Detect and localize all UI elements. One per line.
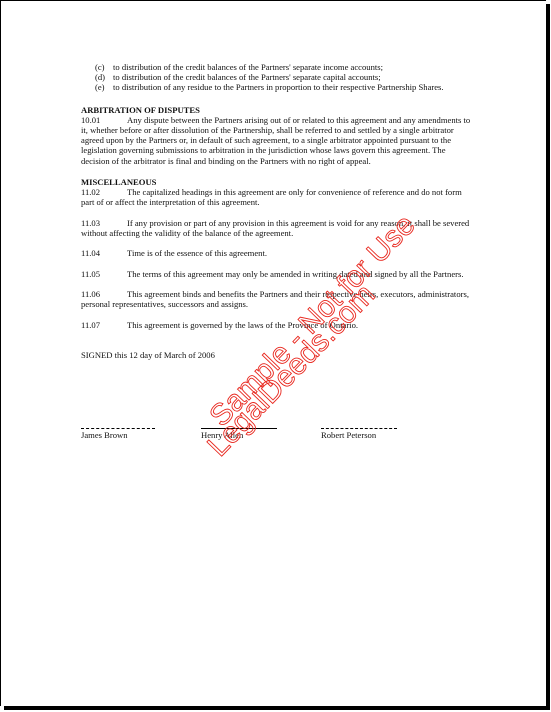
list-item-d: (d) to distribution of the credit balanc… bbox=[81, 72, 471, 82]
section-heading-miscellaneous: MISCELLANEOUS bbox=[81, 177, 471, 187]
document-body: (c) to distribution of the credit balanc… bbox=[81, 62, 471, 360]
clause-number: 11.04 bbox=[81, 248, 127, 258]
page-shadow-bottom bbox=[4, 706, 550, 710]
clause-number: 11.02 bbox=[81, 187, 127, 197]
clause-text: The terms of this agreement may only be … bbox=[127, 269, 464, 279]
clause-number: 11.07 bbox=[81, 320, 127, 330]
clause-11-02: 11.02The capitalized headings in this ag… bbox=[81, 187, 471, 207]
clause-11-04: 11.04Time is of the essence of this agre… bbox=[81, 248, 471, 258]
clause-11-05: 11.05The terms of this agreement may onl… bbox=[81, 269, 471, 279]
clause-text: This agreement binds and benefits the Pa… bbox=[81, 289, 469, 309]
clause-number: 11.06 bbox=[81, 289, 127, 299]
clause-number: 11.03 bbox=[81, 218, 127, 228]
signature-james-brown: James Brown bbox=[81, 428, 155, 440]
clause-text: Time is of the essence of this agreement… bbox=[127, 248, 267, 258]
signature-block: James Brown Henry Allen Robert Peterson bbox=[81, 428, 411, 448]
list-item-e: (e) to distribution of any residue to th… bbox=[81, 82, 471, 92]
clause-text: If any provision or part of any provisio… bbox=[81, 218, 469, 238]
clause-text: This agreement is governed by the laws o… bbox=[127, 320, 358, 330]
list-text: to distribution of the credit balances o… bbox=[111, 62, 383, 72]
clause-11-07: 11.07This agreement is governed by the l… bbox=[81, 320, 471, 330]
signature-line bbox=[81, 428, 155, 429]
signatory-name: James Brown bbox=[81, 430, 128, 440]
list-label: (d) bbox=[81, 72, 111, 82]
clause-11-03: 11.03If any provision or part of any pro… bbox=[81, 218, 471, 238]
page-shadow-right bbox=[546, 4, 550, 710]
signature-line bbox=[321, 428, 397, 429]
section-heading-arbitration: ARBITRATION OF DISPUTES bbox=[81, 105, 471, 115]
list-label: (e) bbox=[81, 82, 111, 92]
list-label: (c) bbox=[81, 62, 111, 72]
signatory-name: Henry Allen bbox=[201, 430, 243, 440]
list-item-c: (c) to distribution of the credit balanc… bbox=[81, 62, 471, 72]
clause-10-01: 10.01Any dispute between the Partners ar… bbox=[81, 115, 471, 166]
signature-henry-allen: Henry Allen bbox=[201, 428, 277, 440]
signature-robert-peterson: Robert Peterson bbox=[321, 428, 397, 440]
clause-text: Any dispute between the Partners arising… bbox=[81, 115, 470, 166]
signed-line: SIGNED this 12 day of March of 2006 bbox=[81, 350, 471, 360]
list-text: to distribution of the credit balances o… bbox=[111, 72, 381, 82]
list-text: to distribution of any residue to the Pa… bbox=[111, 82, 444, 92]
clause-number: 11.05 bbox=[81, 269, 127, 279]
clause-number: 10.01 bbox=[81, 115, 127, 125]
signatory-name: Robert Peterson bbox=[321, 430, 376, 440]
clause-11-06: 11.06This agreement binds and benefits t… bbox=[81, 289, 471, 309]
clause-text: The capitalized headings in this agreeme… bbox=[81, 187, 462, 207]
signature-line bbox=[201, 428, 277, 429]
